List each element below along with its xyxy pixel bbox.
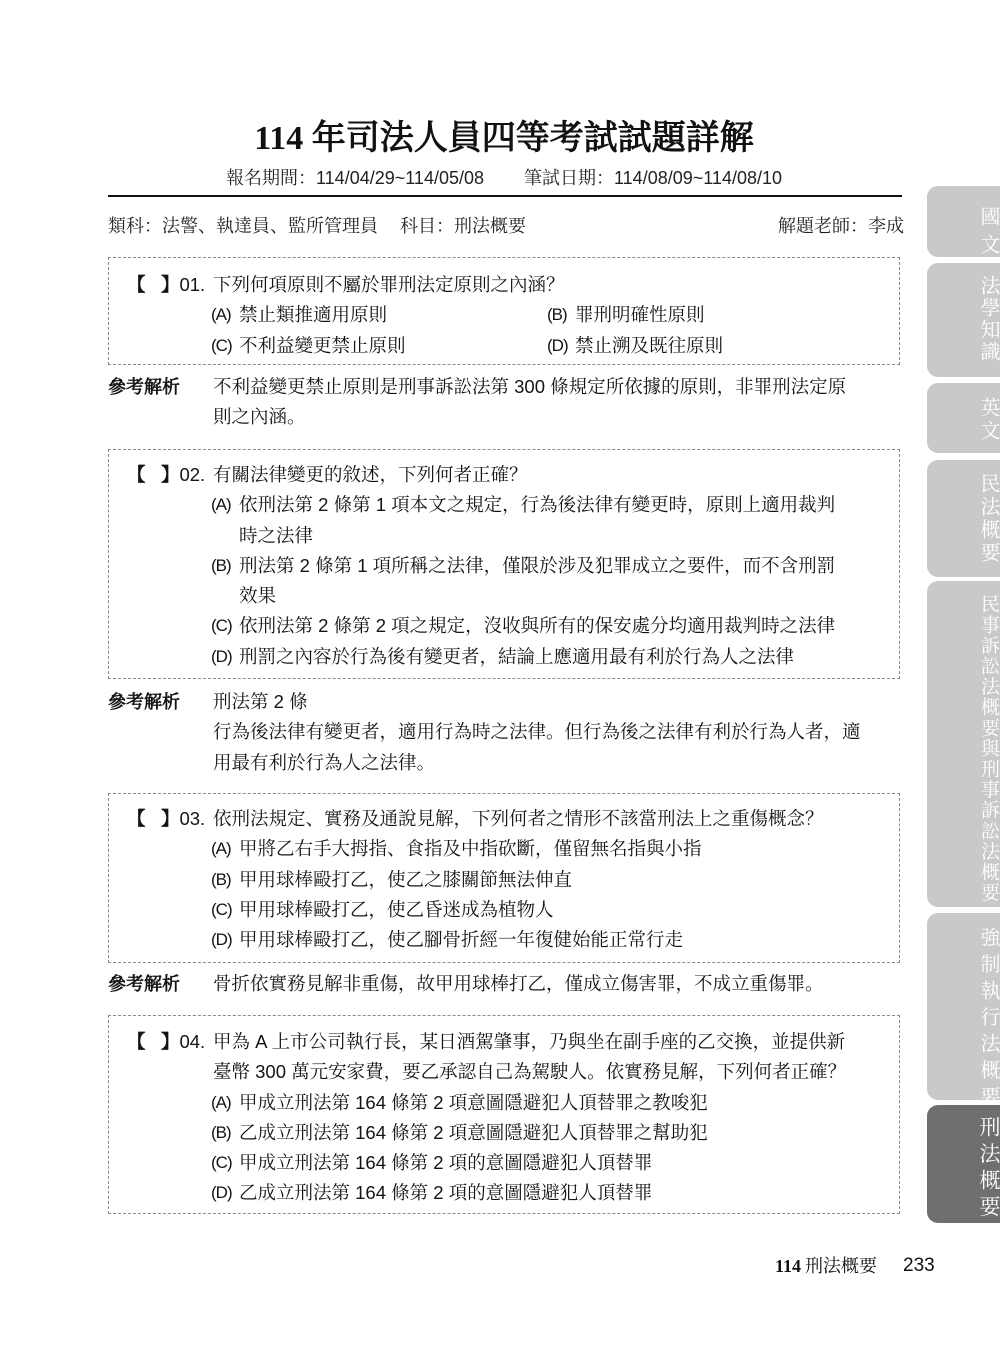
- tab-label: 民法概要: [969, 473, 1000, 565]
- tab-label: 英文: [969, 397, 1000, 443]
- option-text: 乙成立刑法第 164 條第 2 項的意圖隱避犯人頂替罪: [239, 1178, 652, 1208]
- question-stem: 依刑法規定、實務及通說見解，下列何者之情形不該當刑法上之重傷概念？: [213, 804, 899, 834]
- question-stem: 甲為 A 上市公司執行長，某日酒駕肇事，乃與坐在副手座的乙交換，並提供新: [213, 1027, 899, 1057]
- question-header: 【 】04.: [127, 1027, 205, 1057]
- option-d: (D)乙成立刑法第 164 條第 2 項的意圖隱避犯人頂替罪: [211, 1178, 899, 1208]
- question-stem: 有關法律變更的敘述，下列何者正確？: [213, 460, 899, 490]
- analysis-text: 則之內涵。: [213, 402, 908, 432]
- answer-bracket-close: 】: [161, 808, 180, 829]
- tab-civil-law[interactable]: 民法概要: [927, 460, 1000, 577]
- option-label: (C): [211, 1148, 239, 1178]
- option-label: (C): [211, 895, 239, 925]
- exam-meta: 類科：法警、執達員、監所管理員科目：刑法概要 解題老師：李成: [108, 214, 904, 238]
- analysis-label: 參考解析: [108, 687, 180, 717]
- option-label: (B): [547, 300, 575, 330]
- tab-english[interactable]: 英文: [927, 383, 1000, 453]
- tab-civil-criminal-procedure[interactable]: 民事訴訟法概要與刑事訴訟法概要: [927, 581, 1000, 907]
- tab-label: 民事訴訟法概要與刑事訴訟法概要: [969, 594, 1000, 903]
- analysis-text: 骨折依實務見解非重傷，故甲用球棒打乙，僅成立傷害罪，不成立重傷罪。: [213, 969, 908, 999]
- question-box-01: 【 】01. 下列何項原則不屬於罪刑法定原則之內涵？ (A)禁止類推適用原則 (…: [108, 257, 900, 365]
- option-d: (D)禁止溯及既往原則: [547, 331, 883, 361]
- option-c: (C)不利益變更禁止原則: [211, 331, 547, 361]
- question-number: 04.: [179, 1031, 205, 1052]
- answer-bracket-open: 【: [127, 464, 146, 485]
- option-text: 刑罰之內容於行為後有變更者，結論上應適用最有利於行為人之法律: [239, 642, 794, 672]
- analysis-text: 用最有利於行為人之法律。: [213, 748, 908, 778]
- question-number: 03.: [179, 808, 205, 829]
- question-header: 【 】01.: [127, 270, 205, 300]
- tab-label: 國文: [969, 206, 1000, 262]
- question-stem: 臺幣 300 萬元安家費，要乙承認自己為駕駛人。依實務見解，下列何者正確？: [213, 1057, 899, 1087]
- answer-bracket-close: 】: [161, 464, 180, 485]
- answer-bracket-open: 【: [127, 1031, 146, 1052]
- analysis-02: 參考解析 刑法第 2 條 行為後法律有變更者，適用行為時之法律。但行為後之法律有…: [108, 687, 908, 778]
- tab-law-knowledge[interactable]: 法學知識: [927, 263, 1000, 377]
- option-label: (D): [211, 642, 239, 672]
- analysis-text: 行為後法律有變更者，適用行為時之法律。但行為後之法律有利於行為人者，適: [213, 717, 908, 747]
- option-text: 甲用球棒毆打乙，使乙腳骨折經一年復健始能正常行走: [239, 925, 683, 955]
- option-label: (C): [211, 331, 239, 361]
- option-label: (A): [211, 834, 239, 864]
- page-title: 114 年司法人員四等考試試題詳解: [108, 118, 900, 160]
- option-text: 甲用球棒毆打乙，使乙之膝關節無法伸直: [239, 865, 572, 895]
- question-header: 【 】03.: [127, 804, 205, 834]
- exam-dates: 筆試日期：114/08/09~114/08/10: [524, 168, 782, 188]
- option-text: 禁止類推適用原則: [239, 300, 387, 330]
- analysis-text: 不利益變更禁止原則是刑事訴訟法第 300 條規定所依據的原則，非罪刑法定原: [213, 372, 908, 402]
- analysis-label: 參考解析: [108, 969, 180, 999]
- page-number: 233: [903, 1254, 935, 1278]
- analysis-text: 刑法第 2 條: [213, 687, 908, 717]
- header-divider: [108, 195, 902, 197]
- analysis-03: 參考解析 骨折依實務見解非重傷，故甲用球棒打乙，僅成立傷害罪，不成立重傷罪。: [108, 969, 908, 999]
- tab-chinese[interactable]: 國文: [927, 186, 1000, 257]
- option-label: (D): [211, 1178, 239, 1208]
- option-text: 甲用球棒毆打乙，使乙昏迷成為植物人: [239, 895, 554, 925]
- answer-bracket-open: 【: [127, 274, 146, 295]
- option-label: (B): [211, 551, 239, 612]
- option-label: (A): [211, 1088, 239, 1118]
- question-number: 01.: [179, 274, 205, 295]
- option-text-line: 效果: [239, 581, 835, 611]
- option-text: 罪刑明確性原則: [575, 300, 705, 330]
- option-text: 乙成立刑法第 164 條第 2 項意圖隱避犯人頂替罪之幫助犯: [239, 1118, 708, 1148]
- option-b: (B)甲用球棒毆打乙，使乙之膝關節無法伸直: [211, 865, 899, 895]
- option-text: 甲成立刑法第 164 條第 2 項意圖隱避犯人頂替罪之教唆犯: [239, 1088, 708, 1118]
- option-text-line: 刑罰之內容於行為後有變更者，結論上應適用最有利於行為人之法律: [239, 642, 794, 672]
- option-d: (D)甲用球棒毆打乙，使乙腳骨折經一年復健始能正常行走: [211, 925, 899, 955]
- option-text: 禁止溯及既往原則: [575, 331, 723, 361]
- option-label: (A): [211, 300, 239, 330]
- option-text: 不利益變更禁止原則: [239, 331, 406, 361]
- option-text: 甲將乙右手大拇指、食指及中指砍斷，僅留無名指與小指: [239, 834, 702, 864]
- option-text: 依刑法第 2 條第 1 項本文之規定，行為後法律有變更時，原則上適用裁判時之法律: [239, 490, 835, 551]
- option-text-line: 依刑法第 2 條第 1 項本文之規定，行為後法律有變更時，原則上適用裁判: [239, 490, 835, 520]
- option-text-line: 刑法第 2 條第 1 項所稱之法律，僅限於涉及犯罪成立之要件，而不含刑罰: [239, 551, 835, 581]
- registration-period: 報名期間：114/04/29~114/05/08: [226, 168, 484, 188]
- analysis-01: 參考解析 不利益變更禁止原則是刑事訴訟法第 300 條規定所依據的原則，非罪刑法…: [108, 372, 908, 433]
- option-row: (C)不利益變更禁止原則 (D)禁止溯及既往原則: [211, 331, 899, 361]
- option-label: (B): [211, 865, 239, 895]
- option-b: (B)刑法第 2 條第 1 項所稱之法律，僅限於涉及犯罪成立之要件，而不含刑罰效…: [211, 551, 899, 612]
- question-box-04: 【 】04. 甲為 A 上市公司執行長，某日酒駕肇事，乃與坐在副手座的乙交換，並…: [108, 1015, 900, 1214]
- answer-bracket-close: 】: [161, 274, 180, 295]
- exam-category: 類科：法警、執達員、監所管理員: [108, 216, 378, 236]
- option-text-line: 時之法律: [239, 521, 835, 551]
- option-a: (A)甲成立刑法第 164 條第 2 項意圖隱避犯人頂替罪之教唆犯: [211, 1088, 899, 1118]
- answer-bracket-close: 】: [161, 1031, 180, 1052]
- answer-bracket-open: 【: [127, 808, 146, 829]
- option-c: (C)甲成立刑法第 164 條第 2 項的意圖隱避犯人頂替罪: [211, 1148, 899, 1178]
- teacher-name: 解題老師：李成: [778, 214, 904, 238]
- option-c: (C)甲用球棒毆打乙，使乙昏迷成為植物人: [211, 895, 899, 925]
- analysis-label: 參考解析: [108, 372, 180, 402]
- option-d: (D)刑罰之內容於行為後有變更者，結論上應適用最有利於行為人之法律: [211, 642, 899, 672]
- question-box-03: 【 】03. 依刑法規定、實務及通說見解，下列何者之情形不該當刑法上之重傷概念？…: [108, 793, 900, 963]
- option-b: (B)罪刑明確性原則: [547, 300, 883, 330]
- question-number: 02.: [179, 464, 205, 485]
- exam-subject: 科目：刑法概要: [400, 216, 526, 236]
- option-label: (A): [211, 490, 239, 551]
- question-stem: 下列何項原則不屬於罪刑法定原則之內涵？: [213, 270, 899, 300]
- tab-compulsory-enforcement[interactable]: 強制執行法概要: [927, 913, 1000, 1100]
- option-text-line: 依刑法第 2 條第 2 項之規定，沒收與所有的保安處分均適用裁判時之法律: [239, 611, 835, 641]
- question-header: 【 】02.: [127, 460, 205, 490]
- option-a: (A)依刑法第 2 條第 1 項本文之規定，行為後法律有變更時，原則上適用裁判時…: [211, 490, 899, 551]
- option-text: 依刑法第 2 條第 2 項之規定，沒收與所有的保安處分均適用裁判時之法律: [239, 611, 835, 641]
- option-label: (D): [547, 331, 575, 361]
- option-label: (B): [211, 1118, 239, 1148]
- option-row: (A)禁止類推適用原則 (B)罪刑明確性原則: [211, 300, 899, 330]
- tab-label: 法學知識: [969, 275, 1000, 363]
- option-text: 刑法第 2 條第 1 項所稱之法律，僅限於涉及犯罪成立之要件，而不含刑罰效果: [239, 551, 835, 612]
- footer-subject: 刑法概要: [805, 1256, 877, 1276]
- option-label: (D): [211, 925, 239, 955]
- option-a: (A)甲將乙右手大拇指、食指及中指砍斷，僅留無名指與小指: [211, 834, 899, 864]
- option-a: (A)禁止類推適用原則: [211, 300, 547, 330]
- option-text: 甲成立刑法第 164 條第 2 項的意圖隱避犯人頂替罪: [239, 1148, 652, 1178]
- tab-label: 強制執行法概要: [969, 927, 1000, 1113]
- option-c: (C)依刑法第 2 條第 2 項之規定，沒收與所有的保安處分均適用裁判時之法律: [211, 611, 899, 641]
- tab-label: 刑法概要: [969, 1116, 1000, 1222]
- option-label: (C): [211, 611, 239, 641]
- page-footer: 114刑法概要 233: [775, 1254, 877, 1278]
- tab-criminal-law[interactable]: 刑法概要: [927, 1105, 1000, 1223]
- question-box-02: 【 】02. 有關法律變更的敘述，下列何者正確？ (A)依刑法第 2 條第 1 …: [108, 449, 900, 679]
- footer-year: 114: [775, 1256, 801, 1276]
- exam-schedule: 報名期間：114/04/29~114/05/08筆試日期：114/08/09~1…: [108, 166, 900, 190]
- option-b: (B)乙成立刑法第 164 條第 2 項意圖隱避犯人頂替罪之幫助犯: [211, 1118, 899, 1148]
